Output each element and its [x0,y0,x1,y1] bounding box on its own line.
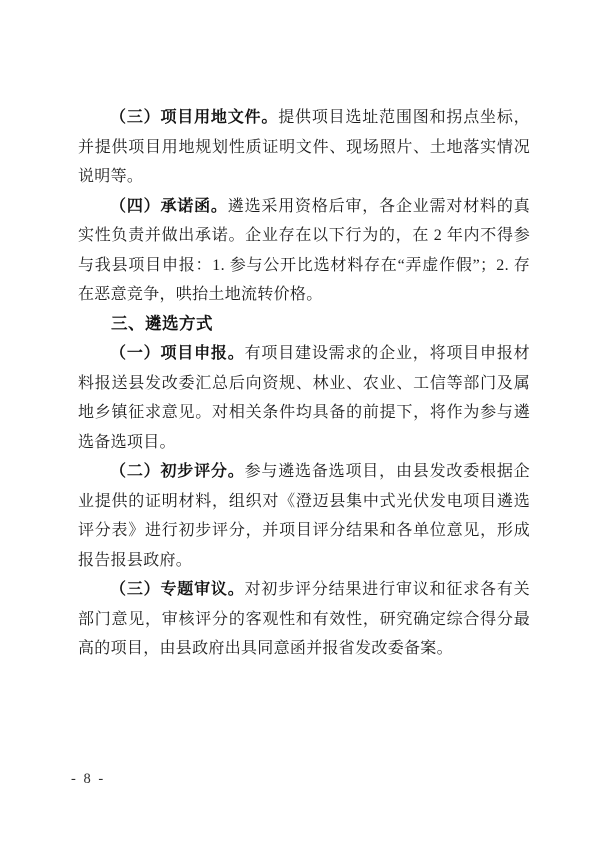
paragraph-commitment-letter: （四）承诺函。遴选采用资格后审，各企业需对材料的真实性负责并做出承诺。企业存在以… [78,192,530,310]
paragraph-project-application: （一）项目申报。有项目建设需求的企业，将项目申报材料报送县发改委汇总后向资规、林… [78,339,530,457]
paragraph-lead: （一）项目申报。 [110,345,245,362]
section-heading-selection-method: 三、遴选方式 [78,310,530,340]
paragraph-lead: （三）专题审议。 [110,581,245,598]
document-page: （三）项目用地文件。提供项目选址范围图和拐点坐标，并提供项目用地规划性质证明文件… [0,0,600,848]
paragraph-lead: （二）初步评分。 [110,463,245,480]
paragraph-lead: （四）承诺函。 [110,198,228,215]
document-body: （三）项目用地文件。提供项目选址范围图和拐点坐标，并提供项目用地规划性质证明文件… [78,103,530,664]
paragraph-special-review: （三）专题审议。对初步评分结果进行审议和征求各有关部门意见，审核评分的客观性和有… [78,575,530,664]
paragraph-project-land-documents: （三）项目用地文件。提供项目选址范围图和拐点坐标，并提供项目用地规划性质证明文件… [78,103,530,192]
paragraph-preliminary-scoring: （二）初步评分。参与遴选备选项目，由县发改委根据企业提供的证明材料，组织对《澄迈… [78,457,530,575]
page-number: - 8 - [71,771,105,788]
paragraph-lead: （三）项目用地文件。 [110,109,278,126]
